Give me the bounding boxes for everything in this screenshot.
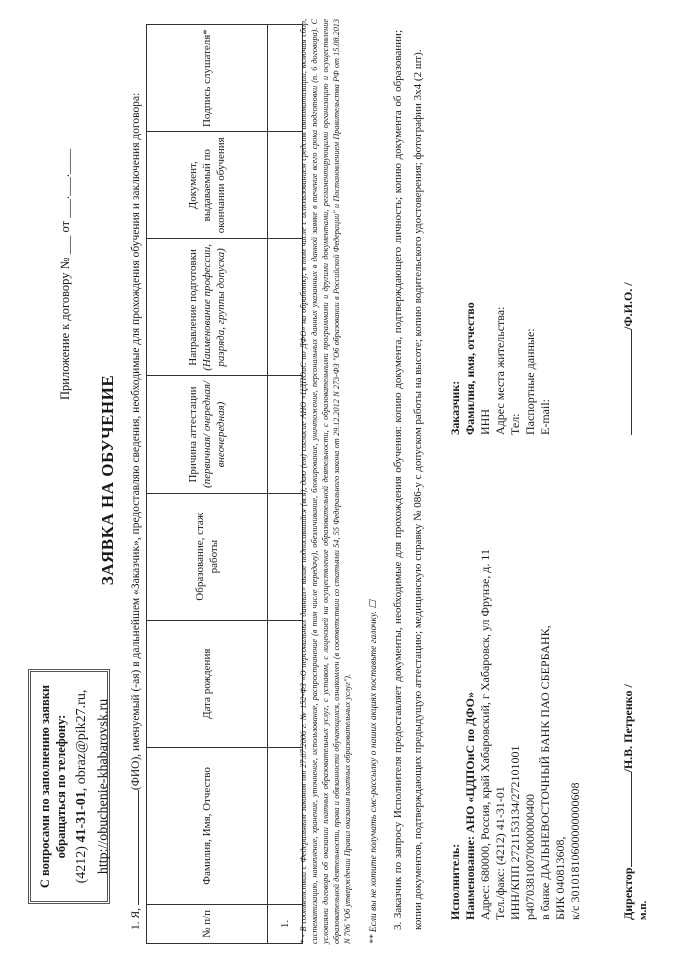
customer-heading: Заказчик: [448, 302, 463, 435]
customer-signature: /Ф.И.О. / [620, 282, 636, 435]
customer-signature-field[interactable] [620, 330, 632, 435]
personal-data-consent-footnote: * - В соответствии с Федеральным законом… [298, 19, 353, 944]
intro-statement: 1. Я, (ФИО), именуемый (-ая) в дальнейше… [128, 10, 142, 930]
detail-line: E-mail: [538, 302, 553, 435]
application-table: № п/пФамилия, Имя, ОтчествоДата рождения… [146, 24, 303, 944]
detail-line: Тел./факс: (4212) 41-31-01 [493, 549, 508, 920]
detail-line: ИНН/КПП 2721153134/272101001 [508, 549, 523, 920]
intro-prefix: 1. Я, [130, 905, 142, 930]
detail-line: Тел: [508, 302, 523, 435]
detail-line: ИНН [478, 302, 493, 435]
customer-fio-placeholder: /Ф.И.О. / [621, 282, 635, 330]
detail-line: р40703810070000000400 [523, 549, 538, 920]
column-header-label: Направление подготовки [187, 249, 199, 366]
column-header: № п/п [147, 904, 268, 943]
customer-block: Заказчик: Фамилия, имя, отчество ИННАдре… [448, 302, 553, 435]
executor-details: Адрес: 680000, Россия, край Хабаровский,… [478, 549, 583, 920]
director-signature-field[interactable] [620, 773, 632, 868]
executor-name: АНО «ЦДПОиС по ДФО» [463, 692, 477, 833]
contract-appendix-reference: Приложение к договору № ___ от ___.___._… [58, 149, 73, 400]
column-header-label: Фамилия, Имя, Отчество [201, 767, 213, 885]
contact-line-2: обращаться по телефону: [53, 672, 69, 901]
column-header: Причина аттестации(первичная/ очередная/… [147, 376, 268, 493]
executor-name-label: Наименование: [463, 833, 477, 920]
executor-block: Исполнитель: Наименование: АНО «ЦДПОиС п… [448, 549, 583, 920]
column-header-note: (первичная/ очередная/ внеочередная) [201, 381, 227, 488]
column-header: Образование, стаж работы [147, 493, 268, 620]
column-header: Направление подготовки(Наименование проф… [147, 239, 268, 376]
application-form-page: С вопросами по заполнению заявки обращат… [0, 0, 678, 960]
column-header: Подпись слушателя* [147, 25, 268, 132]
phone-prefix: (4212) [74, 843, 89, 884]
director-label: Директор [621, 868, 635, 921]
column-header-label: Образование, стаж работы [194, 513, 220, 601]
table-header-row: № п/пФамилия, Имя, ОтчествоДата рождения… [147, 25, 268, 944]
column-header-label: № п/п [201, 910, 213, 938]
column-header-label: Причина аттестации [187, 387, 199, 483]
detail-line: БИК 040813608, [553, 549, 568, 920]
page-title: ЗАЯВКА НА ОБУЧЕНИЕ [98, 0, 118, 960]
contact-line-1: С вопросами по заполнению заявки [37, 672, 53, 901]
column-header: Дата рождения [147, 620, 268, 747]
detail-line: в банке ДАЛЬНЕВОСТОЧНЫЙ БАНК ПАО СБЕРБАН… [538, 549, 553, 920]
column-header: Фамилия, Имя, Отчество [147, 747, 268, 904]
stamp-place-label: м.п. [637, 901, 649, 920]
contact-phone-line: (4212) 41-31-01, obraz@pik27.ru, [73, 672, 91, 901]
executor-signature: Директор/Н.В. Петренко / [620, 684, 636, 920]
phone-number: 41-31-01 [74, 791, 89, 842]
column-header: Документ, выдаваемый по окончании обучен… [147, 132, 268, 239]
column-header-note: (Наименование профессии, разряда, группы… [201, 244, 227, 371]
required-documents-section: 3. Заказчик по запросу Исполнителя предо… [388, 30, 428, 930]
director-name: /Н.В. Петренко / [621, 684, 635, 772]
column-header-label: Документ, выдаваемый по окончании обучен… [187, 137, 227, 233]
email-address: , obraz@pik27.ru, [74, 690, 89, 792]
fio-blank-field[interactable] [128, 790, 139, 905]
executor-heading: Исполнитель: [448, 549, 463, 920]
executor-name-line: Наименование: АНО «ЦДПОиС по ДФО» [463, 549, 478, 920]
column-header-label: Подпись слушателя* [201, 29, 213, 127]
column-header-label: Дата рождения [201, 649, 213, 719]
intro-suffix: (ФИО), именуемый (-ая) в дальнейшем «Зак… [130, 93, 142, 790]
sms-optout-footnote: ** Если вы не хотите получать смс-рассыл… [368, 600, 379, 944]
detail-line: Адрес: 680000, Россия, край Хабаровский,… [478, 549, 493, 920]
detail-line: к/с 30101810600000000608 [568, 549, 583, 920]
detail-line: Адрес места жительства: [493, 302, 508, 435]
customer-fio-label: Фамилия, имя, отчество [463, 302, 478, 435]
detail-line: Паспортные данные: [523, 302, 538, 435]
customer-details: ИННАдрес места жительства:Тел:Паспортные… [478, 302, 553, 435]
